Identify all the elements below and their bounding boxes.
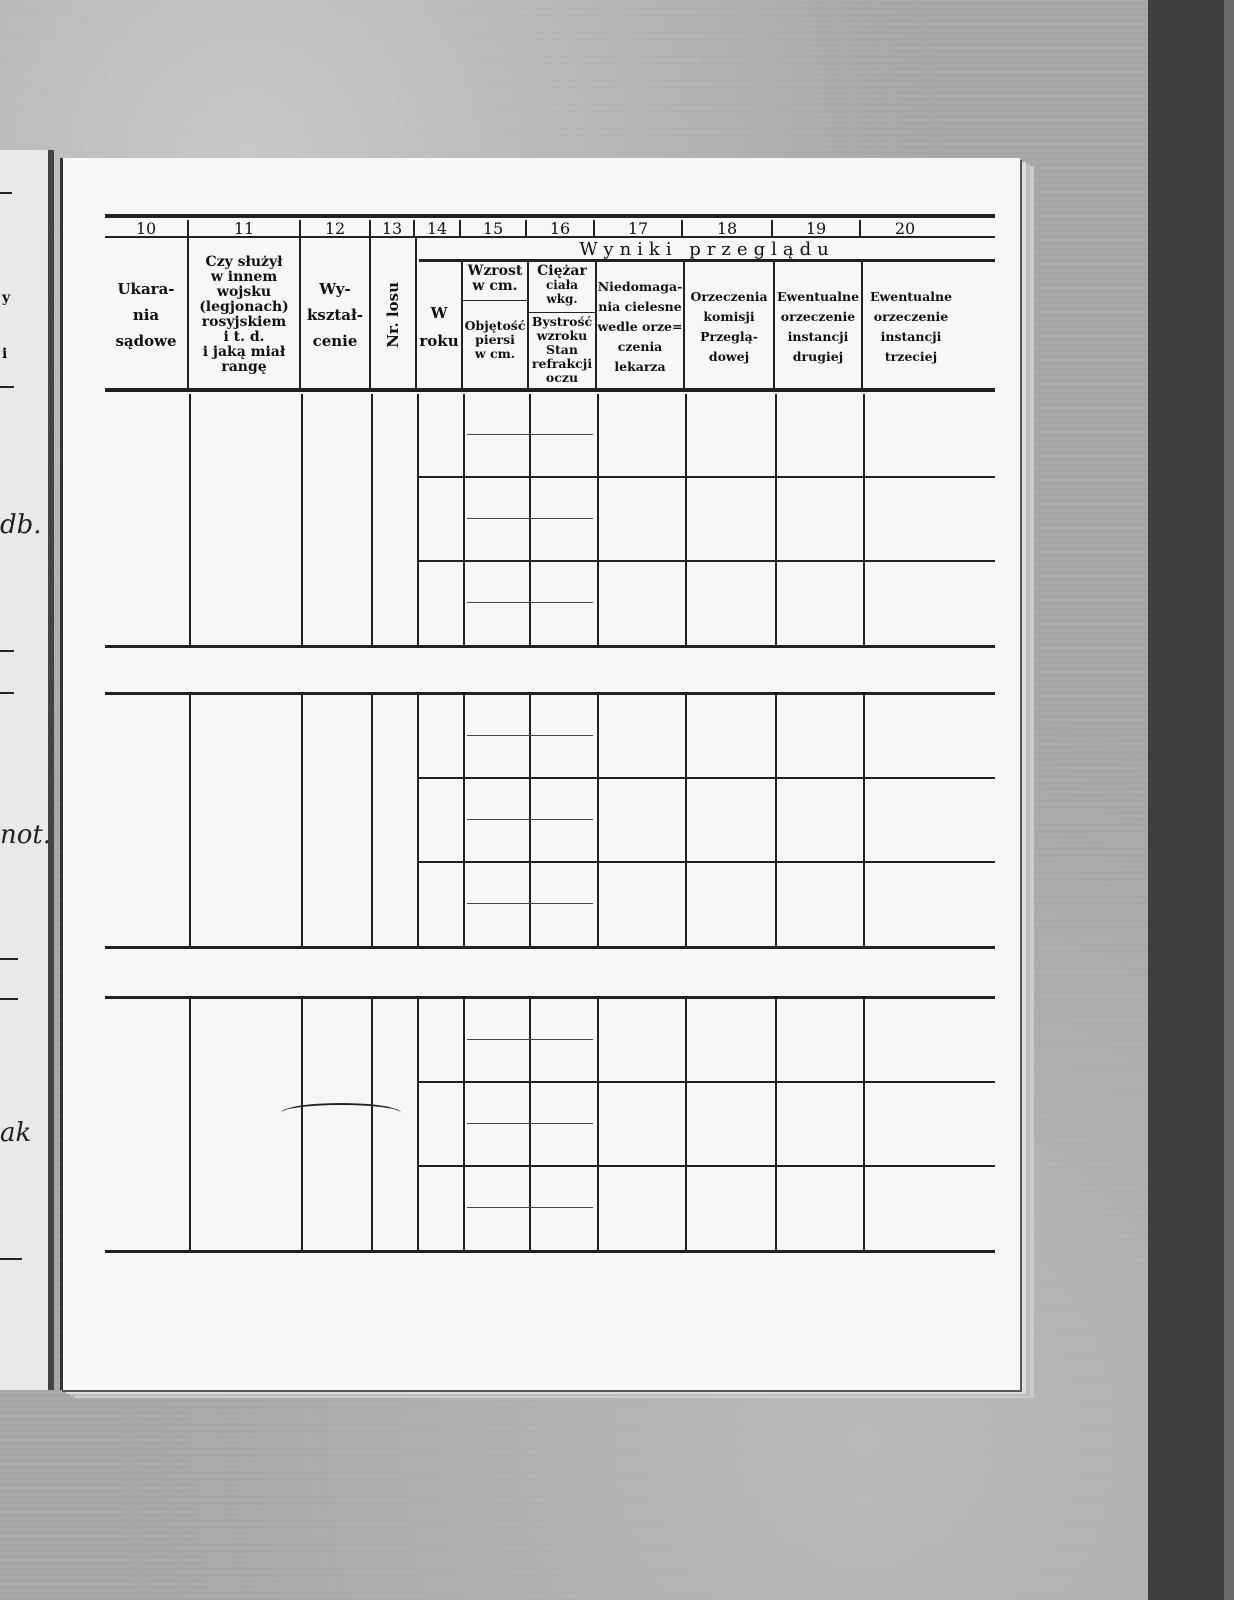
header-instancja-druga: Ewentualne orzeczenie instancji drugiej [775, 262, 863, 392]
header-line: kształ- [307, 302, 363, 328]
column-divider [371, 394, 373, 645]
left-page-text: y [2, 290, 10, 306]
left-page-rule [0, 998, 18, 1000]
header-line: Orzeczenia [685, 287, 773, 307]
sub-row-divider [467, 1123, 593, 1124]
left-page-fragment: y i db. not. ak [0, 150, 54, 1390]
header-line: czenia [597, 337, 683, 357]
header-line: drugiej [775, 347, 861, 367]
column-number: 15 [461, 220, 527, 238]
scan-edge [1224, 0, 1234, 1600]
header-line: Bystrość [529, 315, 595, 329]
header-line: nia [115, 302, 176, 328]
header-line: komisji [685, 307, 773, 327]
header-line: Czy służył [199, 255, 289, 270]
header-line: Ewentualne [867, 287, 955, 307]
column-divider [529, 695, 531, 946]
header-sluzba-wojskowa: Czy służył w innem wojsku (legjonach) ro… [189, 238, 301, 392]
header-line: instancji [775, 327, 861, 347]
header-line: wojsku [199, 285, 289, 300]
header-line: rosyjskiem [199, 315, 289, 330]
sub-row-divider [467, 819, 593, 820]
header-line: orzeczenie [867, 307, 955, 327]
header-line: orzeczenie [775, 307, 861, 327]
header-line: Nr. losu [385, 282, 401, 348]
header-line: Wzrost [463, 264, 527, 279]
sub-row-divider [467, 903, 593, 904]
table-header: Ukara- nia sądowe Czy służył w innem woj… [105, 238, 995, 392]
header-line: ciała wkg. [529, 278, 595, 306]
header-line: nia cielesne [597, 297, 683, 317]
column-divider [463, 394, 465, 645]
header-line: wzroku [529, 329, 595, 343]
column-divider [863, 695, 865, 946]
column-number: 10 [105, 220, 189, 238]
header-line: w cm. [463, 279, 527, 294]
column-divider [775, 695, 777, 946]
column-divider [863, 394, 865, 645]
column-number: 11 [189, 220, 301, 238]
left-page-rule [0, 958, 18, 960]
header-line: piersi [463, 333, 527, 347]
column-divider [463, 695, 465, 946]
header-wzrost-objetosc: Wzrost w cm. Objętość piersi w cm. [463, 262, 529, 392]
column-divider [685, 394, 687, 645]
column-divider [301, 695, 303, 946]
row-divider [419, 861, 995, 863]
row-divider [419, 1081, 995, 1083]
column-divider [775, 394, 777, 645]
column-divider [529, 999, 531, 1250]
scanner-shadow-strip [1148, 0, 1224, 1600]
column-number: 20 [861, 220, 949, 238]
left-page-rule [0, 692, 14, 694]
register-page: 10 11 12 13 14 15 16 17 18 19 20 Ukara- … [60, 158, 1020, 1390]
header-line: roku [417, 327, 461, 355]
header-w-roku: W roku [417, 262, 463, 392]
row-divider [419, 560, 995, 562]
column-divider [189, 999, 191, 1250]
header-ciezar-bystrosc: Ciężar ciała wkg. Bystrość wzroku Stan r… [529, 262, 597, 392]
header-line: lekarza [597, 357, 683, 377]
record-block-2 [105, 695, 995, 949]
group-header-wyniki-przegladu: Wyniki przeglądu [419, 238, 995, 262]
header-line: Ewentualne [775, 287, 861, 307]
header-nr-losu: Nr. losu [371, 238, 417, 392]
left-page-text: i [2, 346, 7, 362]
sub-row-divider [467, 434, 593, 435]
pen-stroke [281, 1103, 401, 1123]
header-line: dowej [685, 347, 773, 367]
header-instancja-trzecia: Ewentualne orzeczenie instancji trzeciej [863, 262, 995, 392]
header-line: cenie [307, 328, 363, 354]
header-line: i jaką miał [199, 345, 289, 360]
column-number: 16 [527, 220, 595, 238]
header-line: Ciężar [529, 264, 595, 278]
header-line: Objętość [463, 319, 527, 333]
column-number: 17 [595, 220, 683, 238]
column-number: 19 [773, 220, 861, 238]
header-line: sądowe [115, 328, 176, 354]
header-line: Niedomaga- [597, 277, 683, 297]
header-line: Wy- [307, 276, 363, 302]
column-divider [863, 999, 865, 1250]
column-divider [301, 394, 303, 645]
sub-row-divider [467, 1039, 593, 1040]
header-line: (legjonach) [199, 300, 289, 315]
column-divider [189, 695, 191, 946]
left-page-handwriting: db. [0, 510, 42, 540]
header-wyksztalcenie: Wy- kształ- cenie [301, 238, 371, 392]
column-number: 12 [301, 220, 371, 238]
column-divider [529, 394, 531, 645]
header-line: Przeglą- [685, 327, 773, 347]
header-line: w innem [199, 270, 289, 285]
record-block-1 [105, 394, 995, 648]
column-divider [597, 999, 599, 1250]
column-number-row: 10 11 12 13 14 15 16 17 18 19 20 [105, 220, 995, 238]
header-line: rangę [199, 360, 289, 375]
row-divider [419, 1165, 995, 1167]
left-page-handwriting: not. [0, 820, 51, 850]
column-divider [417, 695, 419, 946]
record-block-3 [105, 999, 995, 1253]
header-line: W [417, 299, 461, 327]
top-rule [105, 214, 995, 218]
header-line: Ukara- [115, 276, 176, 302]
left-page-handwriting: ak [0, 1118, 31, 1148]
column-number: 18 [683, 220, 773, 238]
header-line: Stan [529, 343, 595, 357]
column-divider [189, 394, 191, 645]
column-divider [597, 695, 599, 946]
sub-row-divider [467, 735, 593, 736]
left-page-rule [0, 650, 14, 652]
column-divider [301, 999, 303, 1250]
column-divider [371, 999, 373, 1250]
left-page-rule [0, 386, 14, 388]
header-line: oczu [529, 371, 595, 385]
column-divider [685, 695, 687, 946]
sub-row-divider [467, 1207, 593, 1208]
header-orzeczenia-komisji: Orzeczenia komisji Przeglą- dowej [685, 262, 775, 392]
header-line: i t. d. [199, 330, 289, 345]
column-divider [597, 394, 599, 645]
sub-row-divider [467, 602, 593, 603]
column-divider [775, 999, 777, 1250]
header-line: refrakcji [529, 357, 595, 371]
column-number: 13 [371, 220, 415, 238]
header-niedomagania: Niedomaga- nia cielesne wedle orze= czen… [597, 262, 685, 392]
column-number: 14 [415, 220, 461, 238]
header-ukarania-sadowe: Ukara- nia sądowe [105, 238, 189, 392]
header-line: trzeciej [867, 347, 955, 367]
header-line: wedle orze= [597, 317, 683, 337]
column-divider [371, 695, 373, 946]
column-divider [417, 394, 419, 645]
column-divider [463, 999, 465, 1250]
header-line: w cm. [463, 347, 527, 361]
header-line: instancji [867, 327, 955, 347]
row-divider [419, 476, 995, 478]
row-divider [419, 777, 995, 779]
column-divider [417, 999, 419, 1250]
left-page-rule [0, 192, 12, 194]
left-page-rule [0, 1258, 22, 1260]
column-divider [685, 999, 687, 1250]
sub-row-divider [467, 518, 593, 519]
